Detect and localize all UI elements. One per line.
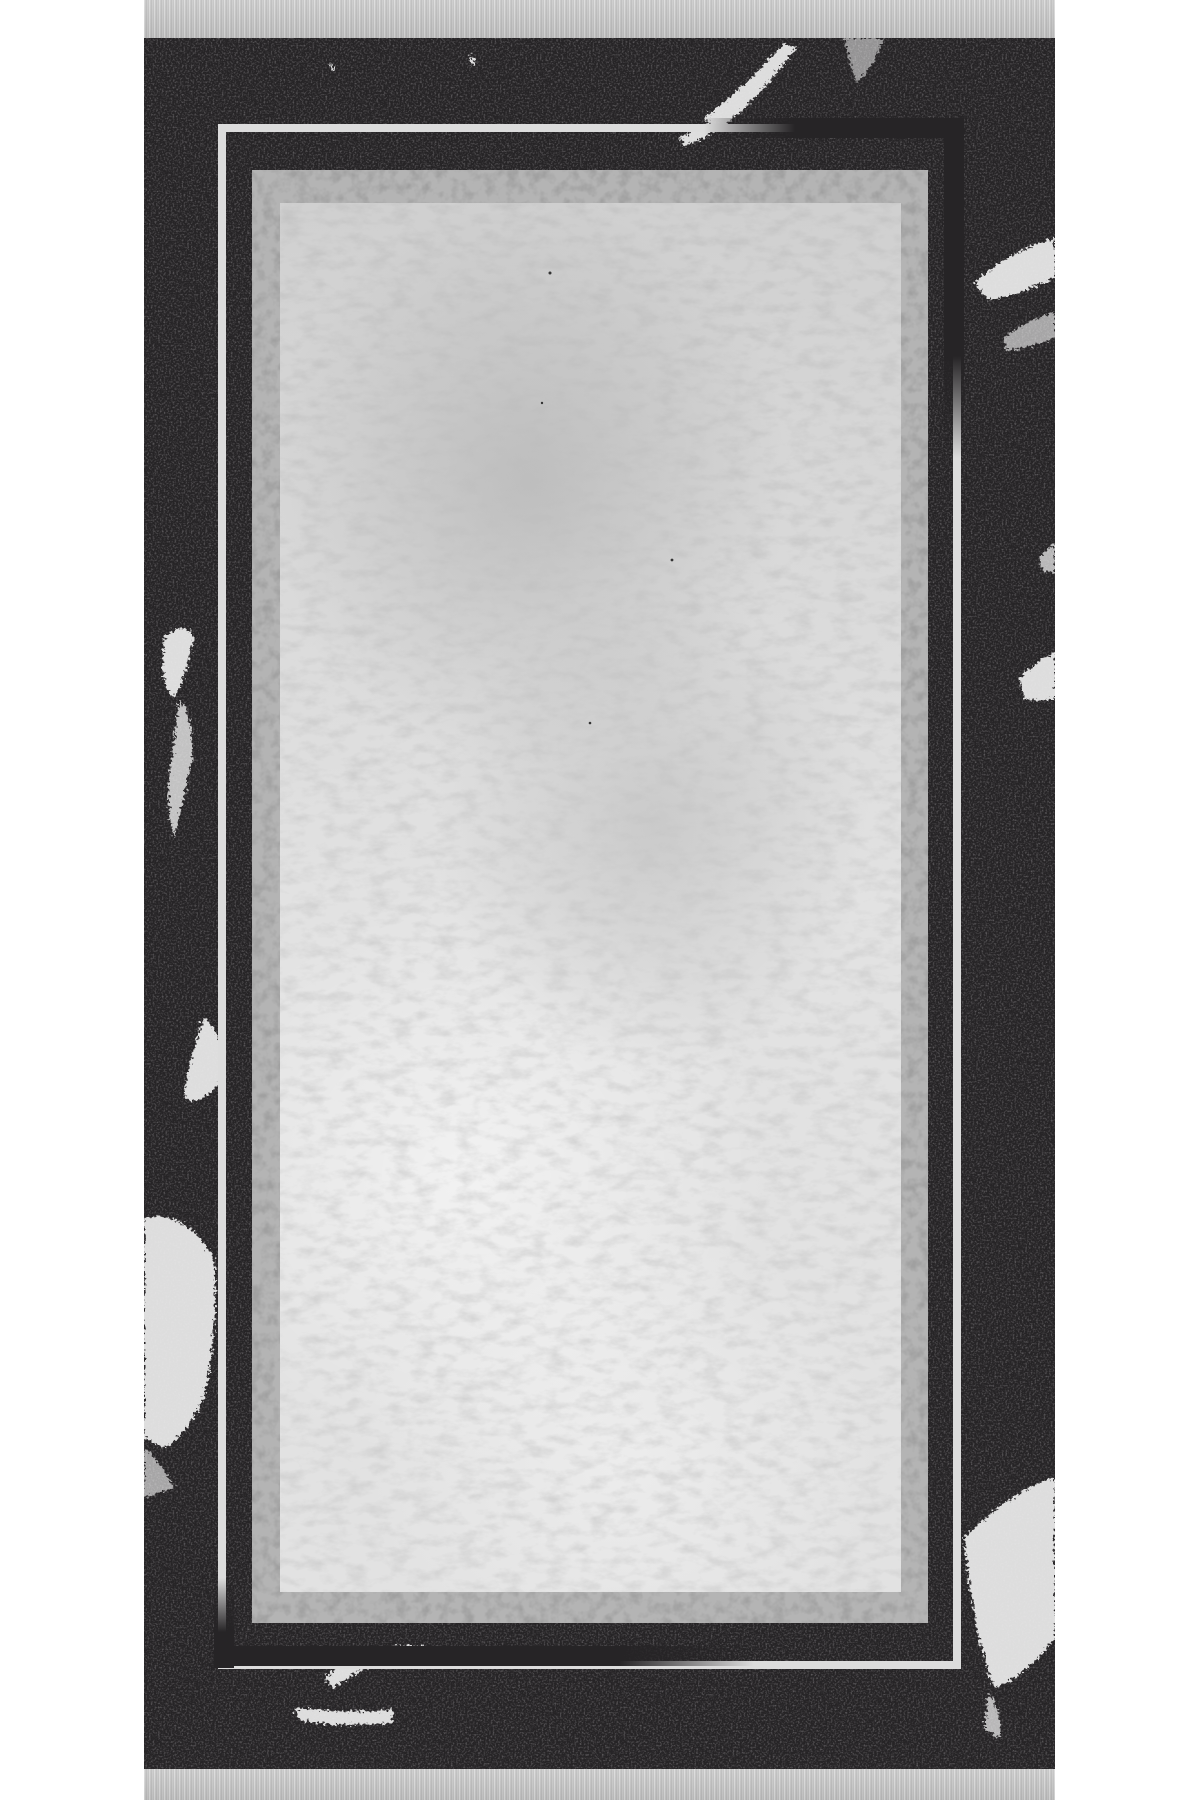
frame-fade-bottom-left <box>214 1646 754 1666</box>
frame-fade-top-right <box>704 118 964 138</box>
top-fringe <box>144 0 1055 38</box>
bottom-fringe <box>144 1769 1055 1800</box>
inner-grey-band <box>252 170 928 1623</box>
rug-body <box>144 38 1055 1769</box>
rug-image <box>144 0 1055 1800</box>
center-field <box>280 203 901 1592</box>
center-field-texture <box>280 203 901 1592</box>
frame-fade-right-top <box>944 118 964 458</box>
